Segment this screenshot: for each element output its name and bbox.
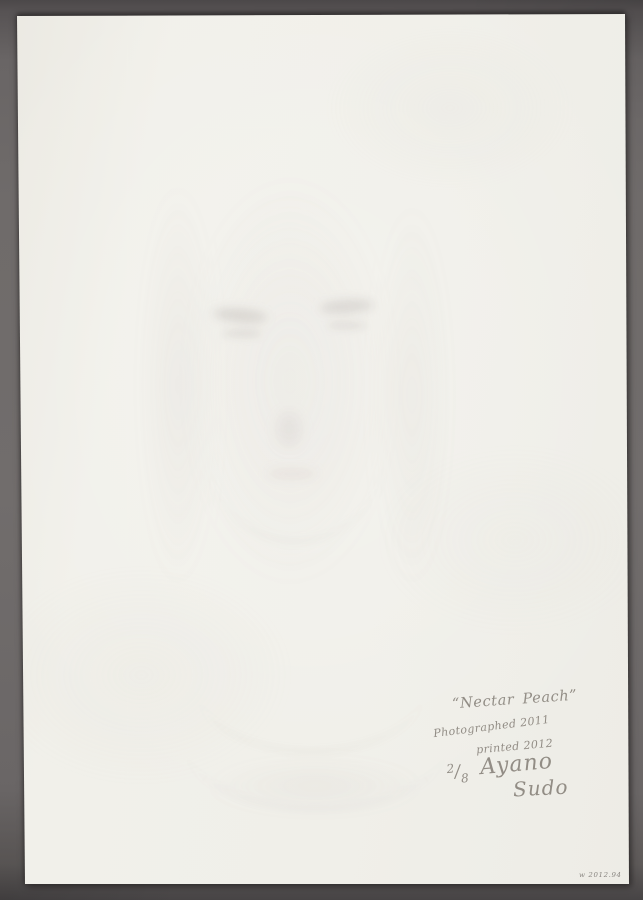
ghost-garment-shading bbox=[200, 756, 430, 816]
ghost-eye-left bbox=[222, 329, 262, 338]
photograph-of-art-print: “Nectar Peach” Photographed 2011 printed… bbox=[0, 0, 643, 900]
ghost-portrait bbox=[0, 0, 643, 900]
ghost-eye-right bbox=[327, 321, 367, 330]
print-sheet: “Nectar Peach” Photographed 2011 printed… bbox=[0, 0, 643, 900]
ghost-hair-right bbox=[372, 190, 452, 600]
accession-corner-mark: w 2012.94 bbox=[579, 871, 622, 879]
ghost-jawline bbox=[208, 370, 384, 542]
ghost-hair-left bbox=[138, 170, 218, 600]
paper-shadow: “Nectar Peach” Photographed 2011 printed… bbox=[0, 0, 643, 900]
